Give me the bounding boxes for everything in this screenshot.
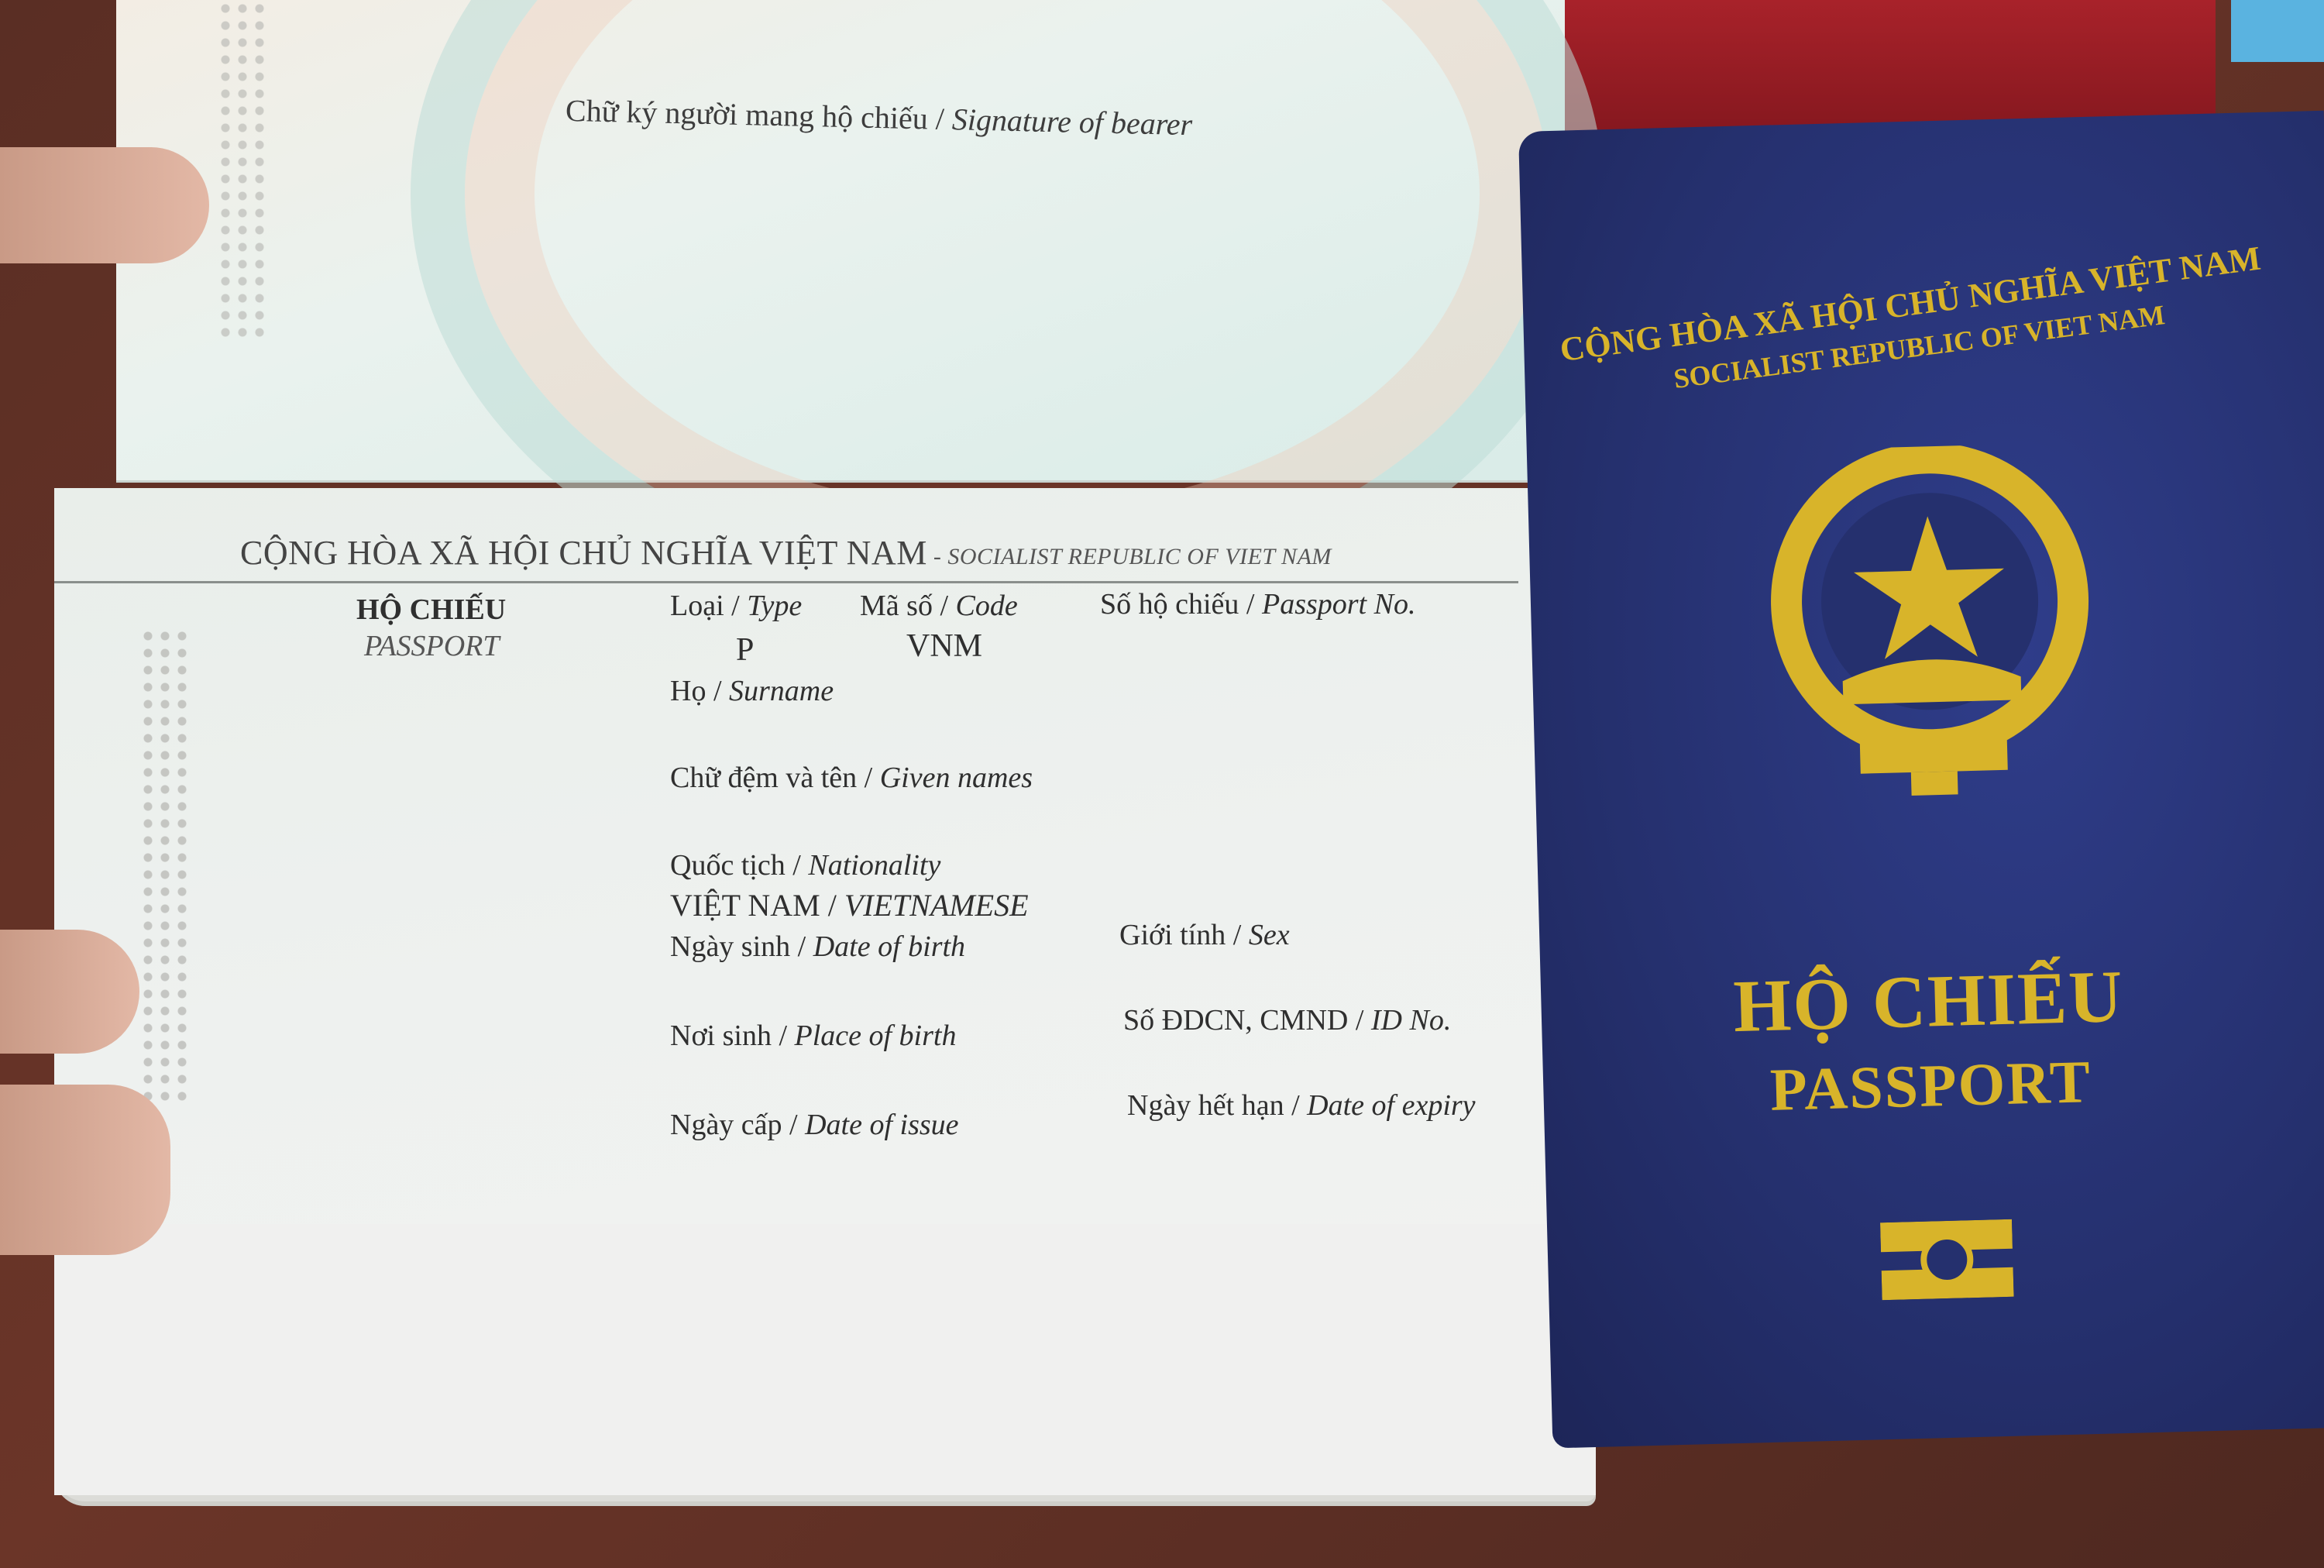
cover-title-en: PASSPORT [1542,1040,2319,1130]
field-id-no-label: Số ĐDCN, CMND / ID No. [1123,1003,1451,1037]
thumb [0,147,209,263]
field-passport-no-label: Số hộ chiếu / Passport No. [1100,587,1415,621]
blue-object-background [2231,0,2324,62]
mrz-zone [54,1224,1596,1495]
field-code-label: Mã số / Code [860,589,1018,623]
finger [0,1085,170,1255]
field-type-value: P [736,631,754,669]
field-surname-label: Họ / Surname [670,674,834,708]
doc-title-vi: HỘ CHIẾU [356,593,506,627]
data-page-header: CỘNG HÒA XÃ HỘI CHỦ NGHĨA VIỆT NAM - SOC… [240,533,1332,573]
doc-title-en: PASSPORT [364,629,500,663]
field-type-label: Loại / Type [670,589,802,623]
header-divider [54,581,1518,583]
passport-cover: CỘNG HÒA XÃ HỘI CHỦ NGHĨA VIỆT NAM SOCIA… [1518,111,2324,1449]
biometric-chip-icon [1880,1219,2014,1300]
field-code-value: VNM [906,628,982,665]
open-passport: Chữ ký người mang hộ chiếu / Signature o… [54,0,1596,1503]
field-nationality-label: Quốc tịch / Nationality [670,848,940,882]
field-given-names-label: Chữ đệm và tên / Given names [670,761,1033,795]
field-doi-label: Ngày cấp / Date of issue [670,1108,959,1142]
signature-page: Chữ ký người mang hộ chiếu / Signature o… [116,0,1565,483]
field-pob-label: Nơi sinh / Place of birth [670,1019,956,1053]
field-doe-label: Ngày hết hạn / Date of expiry [1127,1088,1476,1123]
data-page: CỘNG HÒA XÃ HỘI CHỦ NGHĨA VIỆT NAM - SOC… [54,488,1596,1495]
finger [0,930,139,1054]
national-emblem-icon [1759,442,2102,807]
perforation-number [217,0,271,341]
cover-title-vi: HỘ CHIẾU [1540,947,2317,1054]
field-sex-label: Giới tính / Sex [1119,918,1290,952]
field-nationality-value: VIỆT NAM / VIETNAMESE [670,887,1029,923]
perforation-number [139,628,194,1108]
field-dob-label: Ngày sinh / Date of birth [670,930,965,964]
